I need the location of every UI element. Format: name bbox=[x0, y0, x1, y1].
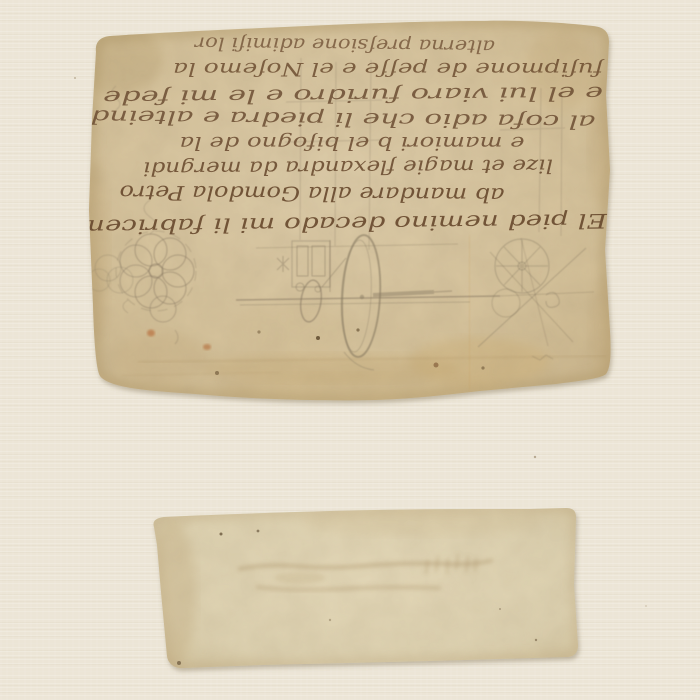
paper-strip bbox=[145, 500, 585, 675]
strip-left-discoloration bbox=[148, 520, 196, 670]
main-fragment: alterna preſsione adimiſi lor fuſipmone … bbox=[73, 15, 622, 407]
manuscript-scan: alterna preſsione adimiſi lor fuſipmone … bbox=[0, 0, 700, 700]
manuscript-line-1: alterna preſsione adimiſi lor bbox=[193, 32, 495, 56]
scan-canvas: alterna preſsione adimiſi lor fuſipmone … bbox=[0, 0, 700, 700]
strip-top-discoloration bbox=[300, 508, 540, 536]
manuscript-line-5: e mamiori b el bifogno de la bbox=[180, 132, 525, 154]
manuscript-line-6: lize et magie flexandra da mergndi bbox=[143, 155, 553, 180]
manuscript-line-2: fuſipmone de peſſe e el Noſemo la bbox=[173, 58, 606, 80]
manuscript-line-7: ab mandare alla Gomdola Petro bbox=[119, 181, 504, 208]
manuscript-line-3: e el lui viaro furidro e le mi fede bbox=[103, 82, 603, 108]
